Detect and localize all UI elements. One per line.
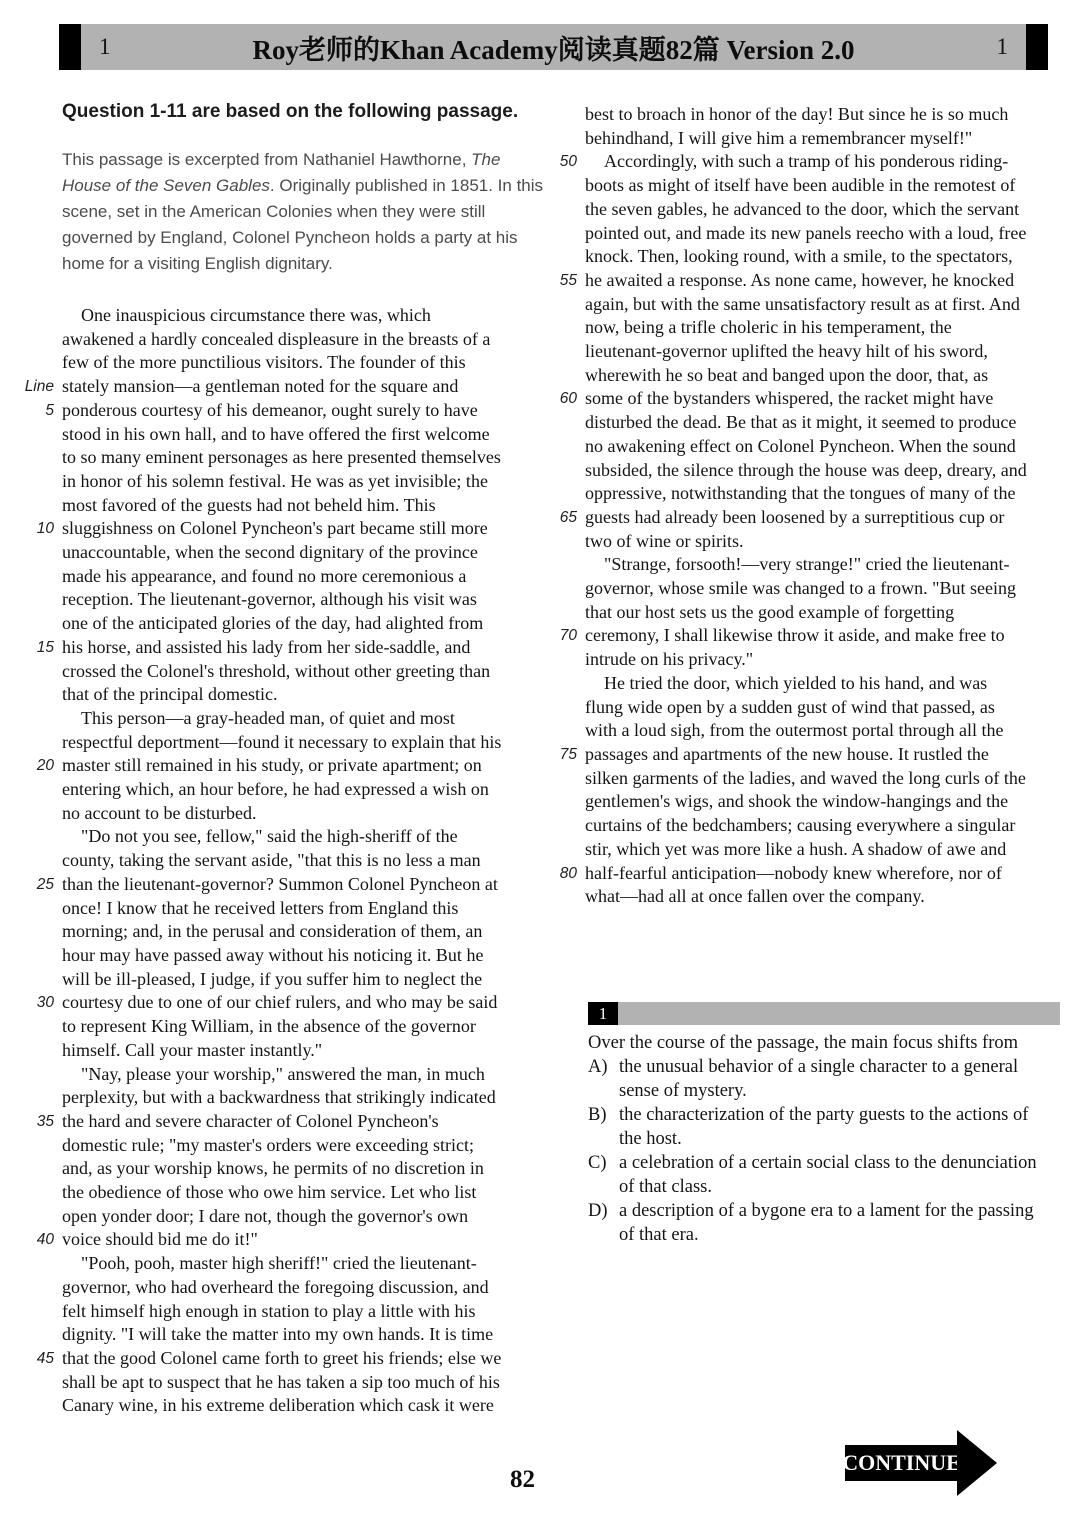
passage-line: domestic rule; "my master's orders were … [24, 1134, 554, 1158]
passage-heading: Question 1-11 are based on the following… [62, 101, 554, 123]
passage-line: felt himself high enough in station to p… [24, 1300, 554, 1324]
passage-text-line: no awakening effect on Colonel Pyncheon.… [585, 435, 1016, 459]
passage-text-line: subsided, the silence through the house … [585, 459, 1027, 483]
line-number [546, 222, 577, 246]
passage-text-line: master still remained in his study, or p… [62, 754, 482, 778]
line-number [24, 1063, 54, 1087]
line-number [24, 446, 54, 470]
choice-text: a description of a bygone era to a lamen… [619, 1199, 1034, 1247]
passage-line: two of wine or spirits. [546, 530, 1076, 554]
line-number: 35 [24, 1110, 54, 1134]
passage-text-line: awakened a hardly concealed displeasure … [62, 328, 490, 352]
passage-line: shall be apt to suspect that he has take… [24, 1371, 554, 1395]
line-number [546, 316, 577, 340]
passage-line: in honor of his solemn festival. He was … [24, 470, 554, 494]
passage-text-line: "Do not you see, fellow," said the high-… [62, 825, 458, 849]
passage-text-line: stood in his own hall, and to have offer… [62, 423, 490, 447]
line-number [24, 494, 54, 518]
passage-text-line: to so many eminent personages as here pr… [62, 446, 501, 470]
line-number [24, 1276, 54, 1300]
passage-text-line: the obedience of those who owe him servi… [62, 1181, 476, 1205]
passage-line: 40voice should bid me do it!" [24, 1228, 554, 1252]
line-number [546, 127, 577, 151]
passage-text-line: One inauspicious circumstance there was,… [62, 304, 431, 328]
passage-text-line: "Nay, please your worship," answered the… [62, 1063, 485, 1087]
passage-line: hour may have passed away without his no… [24, 944, 554, 968]
passage-line: no awakening effect on Colonel Pyncheon.… [546, 435, 1076, 459]
line-number [546, 364, 577, 388]
passage-line: 20master still remained in his study, or… [24, 754, 554, 778]
line-number: Line [24, 375, 54, 399]
choice-label: A) [588, 1055, 619, 1103]
line-number: 5 [24, 399, 54, 423]
passage-line: that our host sets us the good example o… [546, 601, 1076, 625]
passage-line: flung wide open by a sudden gust of wind… [546, 696, 1076, 720]
line-number [24, 1300, 54, 1324]
line-number [546, 885, 577, 909]
passage-line: silken garments of the ladies, and waved… [546, 767, 1076, 791]
continue-rect: CONTINUE [845, 1445, 958, 1481]
passage-line: boots as might of itself have been audib… [546, 174, 1076, 198]
line-number [546, 435, 577, 459]
passage-text-line: stir, which yet was more like a hush. A … [585, 838, 1006, 862]
passage-text-line: ceremony, I shall likewise throw it asid… [585, 624, 1005, 648]
passage-line: 25than the lieutenant-governor? Summon C… [24, 873, 554, 897]
passage-line: disturbed the dead. Be that as it might,… [546, 411, 1076, 435]
passage-line: and, as your worship knows, he permits o… [24, 1157, 554, 1181]
continue-button[interactable]: CONTINUE [845, 1430, 997, 1496]
passage-text-line: disturbed the dead. Be that as it might,… [585, 411, 1016, 435]
passage-text-line: felt himself high enough in station to p… [62, 1300, 475, 1324]
question-1-block: 1 Over the course of the passage, the ma… [588, 1002, 1060, 1247]
passage-line: county, taking the servant aside, "that … [24, 849, 554, 873]
passage-text-line: his horse, and assisted his lady from he… [62, 636, 470, 660]
passage-line: to so many eminent personages as here pr… [24, 446, 554, 470]
line-number: 25 [24, 873, 54, 897]
passage-text-line: ponderous courtesy of his demeanor, ough… [62, 399, 478, 423]
passage-line: behindhand, I will give him a remembranc… [546, 127, 1076, 151]
header-right-page-number: 1 [997, 34, 1009, 60]
passage-text-line: behindhand, I will give him a remembranc… [585, 127, 972, 151]
line-number [24, 1157, 54, 1181]
choice-text: the unusual behavior of a single charact… [619, 1055, 1018, 1103]
passage-text-line: pointed out, and made its new panels ree… [585, 222, 1026, 246]
passage-line: 70ceremony, I shall likewise throw it as… [546, 624, 1076, 648]
line-number: 20 [24, 754, 54, 778]
passage-text-line: boots as might of itself have been audib… [585, 174, 1015, 198]
line-number [546, 293, 577, 317]
passage-line: best to broach in honor of the day! But … [546, 103, 1076, 127]
line-number: 15 [24, 636, 54, 660]
passage-text-line: Canary wine, in his extreme deliberation… [62, 1394, 494, 1418]
passage-text-line: himself. Call your master instantly." [62, 1039, 322, 1063]
passage-text-line: few of the more punctilious visitors. Th… [62, 351, 466, 375]
passage-line: This person—a gray-headed man, of quiet … [24, 707, 554, 731]
line-number [24, 802, 54, 826]
line-number [24, 1394, 54, 1418]
continue-arrow-icon [957, 1430, 997, 1496]
choice-text: a celebration of a certain social class … [619, 1151, 1037, 1199]
line-number [24, 351, 54, 375]
line-number: 50 [546, 150, 577, 174]
line-number [546, 245, 577, 269]
passage-text-line: now, being a trifle choleric in his temp… [585, 316, 952, 340]
continue-label: CONTINUE [842, 1450, 961, 1476]
line-number [24, 423, 54, 447]
passage-line: oppressive, notwithstanding that the ton… [546, 482, 1076, 506]
line-number [546, 814, 577, 838]
line-number [24, 612, 54, 636]
line-number: 60 [546, 387, 577, 411]
line-number [24, 849, 54, 873]
line-number [24, 944, 54, 968]
passage-text-line: unaccountable, when the second dignitary… [62, 541, 478, 565]
passage-text-line: passages and apartments of the new house… [585, 743, 989, 767]
passage-text-line: that our host sets us the good example o… [585, 601, 954, 625]
passage-line: gentlemen's wigs, and shook the window-h… [546, 790, 1076, 814]
passage-text-line: He tried the door, which yielded to his … [585, 672, 987, 696]
passage-line: 5ponderous courtesy of his demeanor, oug… [24, 399, 554, 423]
passage-text-line: than the lieutenant-governor? Summon Col… [62, 873, 498, 897]
passage-text-line: crossed the Colonel's threshold, without… [62, 660, 490, 684]
passage-text-line: intrude on his privacy." [585, 648, 753, 672]
passage-text-line: This person—a gray-headed man, of quiet … [62, 707, 455, 731]
passage-text-line: reception. The lieutenant-governor, alth… [62, 588, 477, 612]
passage-line: One inauspicious circumstance there was,… [24, 304, 554, 328]
line-number [24, 328, 54, 352]
passage-line: that of the principal domestic. [24, 683, 554, 707]
question-number-bar: 1 [588, 1002, 1060, 1025]
passage-line: few of the more punctilious visitors. Th… [24, 351, 554, 375]
header-right-corner-block [1026, 24, 1048, 70]
line-number: 10 [24, 517, 54, 541]
passage-line: what—had all at once fallen over the com… [546, 885, 1076, 909]
passage-text-line: "Pooh, pooh, master high sheriff!" cried… [62, 1252, 477, 1276]
line-number [546, 696, 577, 720]
passage-line: governor, whose smile was changed to a f… [546, 577, 1076, 601]
passage-text-line: courtesy due to one of our chief rulers,… [62, 991, 497, 1015]
question-bar-rule [618, 1002, 1060, 1025]
line-number: 70 [546, 624, 577, 648]
passage-line: subsided, the silence through the house … [546, 459, 1076, 483]
passage-line: 10sluggishness on Colonel Pyncheon's par… [24, 517, 554, 541]
line-number: 80 [546, 862, 577, 886]
line-number [546, 838, 577, 862]
line-number [24, 470, 54, 494]
line-number [24, 1252, 54, 1276]
passage-text-line: open yonder door; I dare not, though the… [62, 1205, 468, 1229]
passage-line: 35the hard and severe character of Colon… [24, 1110, 554, 1134]
passage-text-line: Accordingly, with such a tramp of his po… [585, 150, 1008, 174]
passage-text-line: curtains of the bedchambers; causing eve… [585, 814, 1015, 838]
passage-text-line: respectful deportment—found it necessary… [62, 731, 501, 755]
passage-text-line: perplexity, but with a backwardness that… [62, 1086, 496, 1110]
passage-line: stood in his own hall, and to have offer… [24, 423, 554, 447]
passage-left-column: One inauspicious circumstance there was,… [24, 304, 554, 1418]
passage-text-line: sluggishness on Colonel Pyncheon's part … [62, 517, 488, 541]
passage-line: the seven gables, he advanced to the doo… [546, 198, 1076, 222]
passage-text-line: flung wide open by a sudden gust of wind… [585, 696, 995, 720]
passage-line: "Nay, please your worship," answered the… [24, 1063, 554, 1087]
header-title: Roy老师的Khan Academy阅读真题82篇 Version 2.0 [111, 28, 997, 67]
passage-text-line: once! I know that he received letters fr… [62, 897, 458, 921]
choice-label: C) [588, 1151, 619, 1199]
passage-line: will be ill-pleased, I judge, if you suf… [24, 968, 554, 992]
line-number [546, 767, 577, 791]
passage-line: 80half-fearful anticipation—nobody knew … [546, 862, 1076, 886]
line-number: 30 [24, 991, 54, 1015]
passage-line: 75passages and apartments of the new hou… [546, 743, 1076, 767]
passage-text-line: shall be apt to suspect that he has take… [62, 1371, 500, 1395]
passage-line: open yonder door; I dare not, though the… [24, 1205, 554, 1229]
line-number: 40 [24, 1228, 54, 1252]
answer-choice-B: B)the characterization of the party gues… [588, 1103, 1060, 1151]
line-number [24, 683, 54, 707]
passage-text-line: he awaited a response. As none came, how… [585, 269, 1014, 293]
choice-text-line: a celebration of a certain social class … [619, 1151, 1037, 1175]
line-number [546, 482, 577, 506]
line-number: 75 [546, 743, 577, 767]
passage-text-line: no account to be disturbed. [62, 802, 256, 826]
passage-intro: This passage is excerpted from Nathaniel… [62, 147, 554, 277]
line-number [24, 565, 54, 589]
choice-text-line: sense of mystery. [619, 1079, 1018, 1103]
choice-text-line: the host. [619, 1127, 1028, 1151]
line-number [546, 103, 577, 127]
line-number [24, 1134, 54, 1158]
line-number [24, 1039, 54, 1063]
line-number [24, 920, 54, 944]
passage-line: governor, who had overheard the foregoin… [24, 1276, 554, 1300]
line-number [546, 790, 577, 814]
passage-text-line: dignity. "I will take the matter into my… [62, 1323, 493, 1347]
passage-line: stir, which yet was more like a hush. A … [546, 838, 1076, 862]
line-number [24, 897, 54, 921]
line-number [24, 825, 54, 849]
line-number [546, 340, 577, 364]
line-number [24, 1015, 54, 1039]
passage-line: 45that the good Colonel came forth to gr… [24, 1347, 554, 1371]
question-number-chip: 1 [588, 1002, 618, 1025]
passage-text-line: that the good Colonel came forth to gree… [62, 1347, 501, 1371]
passage-text-line: best to broach in honor of the day! But … [585, 103, 1008, 127]
passage-text-line: will be ill-pleased, I judge, if you suf… [62, 968, 482, 992]
passage-text-line: one of the anticipated glories of the da… [62, 612, 483, 636]
passage-text-line: oppressive, notwithstanding that the ton… [585, 482, 1015, 506]
intro-text-pre: This passage is excerpted from Nathaniel… [62, 150, 471, 169]
passage-line: now, being a trifle choleric in his temp… [546, 316, 1076, 340]
line-number [24, 1205, 54, 1229]
line-number [546, 459, 577, 483]
question-stem: Over the course of the passage, the main… [588, 1031, 1060, 1055]
choice-text-line: of that class. [619, 1175, 1037, 1199]
line-number [24, 1371, 54, 1395]
passage-text-line: wherewith he so beat and banged upon the… [585, 364, 988, 388]
passage-text-line: domestic rule; "my master's orders were … [62, 1134, 474, 1158]
header-bar: 1 Roy老师的Khan Academy阅读真题82篇 Version 2.0 … [59, 24, 1048, 70]
choice-text-line: the characterization of the party guests… [619, 1103, 1028, 1127]
passage-line: Linestately mansion—a gentleman noted fo… [24, 375, 554, 399]
passage-text-line: silken garments of the ladies, and waved… [585, 767, 1026, 791]
passage-text-line: what—had all at once fallen over the com… [585, 885, 925, 909]
passage-text-line: knock. Then, looking round, with a smile… [585, 245, 1013, 269]
line-number: 55 [546, 269, 577, 293]
answer-choice-D: D)a description of a bygone era to a lam… [588, 1199, 1060, 1247]
passage-text-line: "Strange, forsooth!—very strange!" cried… [585, 553, 1010, 577]
passage-line: wherewith he so beat and banged upon the… [546, 364, 1076, 388]
passage-line: 55he awaited a response. As none came, h… [546, 269, 1076, 293]
passage-text-line: the seven gables, he advanced to the doo… [585, 198, 1019, 222]
choice-text-line: a description of a bygone era to a lamen… [619, 1199, 1034, 1223]
passage-line: made his appearance, and found no more c… [24, 565, 554, 589]
line-number [546, 648, 577, 672]
line-number [24, 304, 54, 328]
passage-line: dignity. "I will take the matter into my… [24, 1323, 554, 1347]
passage-line: unaccountable, when the second dignitary… [24, 541, 554, 565]
passage-line: 15his horse, and assisted his lady from … [24, 636, 554, 660]
passage-text-line: made his appearance, and found no more c… [62, 565, 466, 589]
passage-text-line: most favored of the guests had not behel… [62, 494, 436, 518]
passage-line: "Do not you see, fellow," said the high-… [24, 825, 554, 849]
choice-label: D) [588, 1199, 619, 1247]
passage-line: Canary wine, in his extreme deliberation… [24, 1394, 554, 1418]
passage-line: He tried the door, which yielded to his … [546, 672, 1076, 696]
line-number [24, 707, 54, 731]
passage-text-line: some of the bystanders whispered, the ra… [585, 387, 993, 411]
passage-line: pointed out, and made its new panels ree… [546, 222, 1076, 246]
passage-text-line: guests had already been loosened by a su… [585, 506, 1004, 530]
passage-text-line: morning; and, in the perusal and conside… [62, 920, 482, 944]
passage-text-line: that of the principal domestic. [62, 683, 277, 707]
passage-text-line: and, as your worship knows, he permits o… [62, 1157, 484, 1181]
line-number [24, 731, 54, 755]
passage-text-line: with a loud sigh, from the outermost por… [585, 719, 1003, 743]
passage-line: himself. Call your master instantly." [24, 1039, 554, 1063]
passage-line: crossed the Colonel's threshold, without… [24, 660, 554, 684]
answer-choices: A)the unusual behavior of a single chara… [588, 1055, 1060, 1247]
passage-line: to represent King William, in the absenc… [24, 1015, 554, 1039]
choice-text-line: of that era. [619, 1223, 1034, 1247]
line-number [24, 1323, 54, 1347]
passage-right-column: best to broach in honor of the day! But … [546, 103, 1076, 909]
choice-text-line: the unusual behavior of a single charact… [619, 1055, 1018, 1079]
passage-text-line: in honor of his solemn festival. He was … [62, 470, 488, 494]
passage-line: curtains of the bedchambers; causing eve… [546, 814, 1076, 838]
passage-line: 50Accordingly, with such a tramp of his … [546, 150, 1076, 174]
passage-text-line: entering which, an hour before, he had e… [62, 778, 489, 802]
passage-text-line: again, but with the same unsatisfactory … [585, 293, 1020, 317]
line-number [546, 601, 577, 625]
passage-line: with a loud sigh, from the outermost por… [546, 719, 1076, 743]
passage-text-line: voice should bid me do it!" [62, 1228, 258, 1252]
passage-text-line: lieutenant-governor uplifted the heavy h… [585, 340, 988, 364]
passage-line: reception. The lieutenant-governor, alth… [24, 588, 554, 612]
passage-text-line: half-fearful anticipation—nobody knew wh… [585, 862, 1002, 886]
answer-choice-C: C)a celebration of a certain social clas… [588, 1151, 1060, 1199]
line-number [24, 1086, 54, 1110]
passage-text-line: hour may have passed away without his no… [62, 944, 483, 968]
line-number [546, 553, 577, 577]
passage-text-line: stately mansion—a gentleman noted for th… [62, 375, 458, 399]
line-number [546, 198, 577, 222]
passage-text-line: the hard and severe character of Colonel… [62, 1110, 439, 1134]
passage-line: respectful deportment—found it necessary… [24, 731, 554, 755]
line-number [546, 672, 577, 696]
passage-line: 30courtesy due to one of our chief ruler… [24, 991, 554, 1015]
passage-line: 65guests had already been loosened by a … [546, 506, 1076, 530]
line-number [546, 174, 577, 198]
line-number [24, 968, 54, 992]
passage-line: lieutenant-governor uplifted the heavy h… [546, 340, 1076, 364]
passage-line: perplexity, but with a backwardness that… [24, 1086, 554, 1110]
passage-text-line: to represent King William, in the absenc… [62, 1015, 476, 1039]
passage-line: awakened a hardly concealed displeasure … [24, 328, 554, 352]
passage-line: entering which, an hour before, he had e… [24, 778, 554, 802]
passage-line: once! I know that he received letters fr… [24, 897, 554, 921]
line-number [24, 660, 54, 684]
passage-line: intrude on his privacy." [546, 648, 1076, 672]
passage-text-line: two of wine or spirits. [585, 530, 743, 554]
line-number [24, 778, 54, 802]
passage-line: one of the anticipated glories of the da… [24, 612, 554, 636]
line-number [24, 588, 54, 612]
line-number: 45 [24, 1347, 54, 1371]
passage-text-line: county, taking the servant aside, "that … [62, 849, 481, 873]
line-number [546, 719, 577, 743]
passage-line: no account to be disturbed. [24, 802, 554, 826]
line-number [546, 530, 577, 554]
passage-line: morning; and, in the perusal and conside… [24, 920, 554, 944]
choice-text: the characterization of the party guests… [619, 1103, 1028, 1151]
answer-choice-A: A)the unusual behavior of a single chara… [588, 1055, 1060, 1103]
passage-line: "Pooh, pooh, master high sheriff!" cried… [24, 1252, 554, 1276]
passage-line: again, but with the same unsatisfactory … [546, 293, 1076, 317]
passage-text-line: gentlemen's wigs, and shook the window-h… [585, 790, 1008, 814]
line-number [24, 1181, 54, 1205]
passage-text-line: governor, whose smile was changed to a f… [585, 577, 1016, 601]
passage-text-line: governor, who had overheard the foregoin… [62, 1276, 489, 1300]
passage-line: "Strange, forsooth!—very strange!" cried… [546, 553, 1076, 577]
header-left-corner-block [59, 24, 81, 70]
header-left-page-number: 1 [99, 34, 111, 60]
passage-line: the obedience of those who owe him servi… [24, 1181, 554, 1205]
passage-line: knock. Then, looking round, with a smile… [546, 245, 1076, 269]
line-number [24, 541, 54, 565]
choice-label: B) [588, 1103, 619, 1151]
passage-line: most favored of the guests had not behel… [24, 494, 554, 518]
passage-line: 60some of the bystanders whispered, the … [546, 387, 1076, 411]
line-number [546, 577, 577, 601]
line-number [546, 411, 577, 435]
line-number: 65 [546, 506, 577, 530]
